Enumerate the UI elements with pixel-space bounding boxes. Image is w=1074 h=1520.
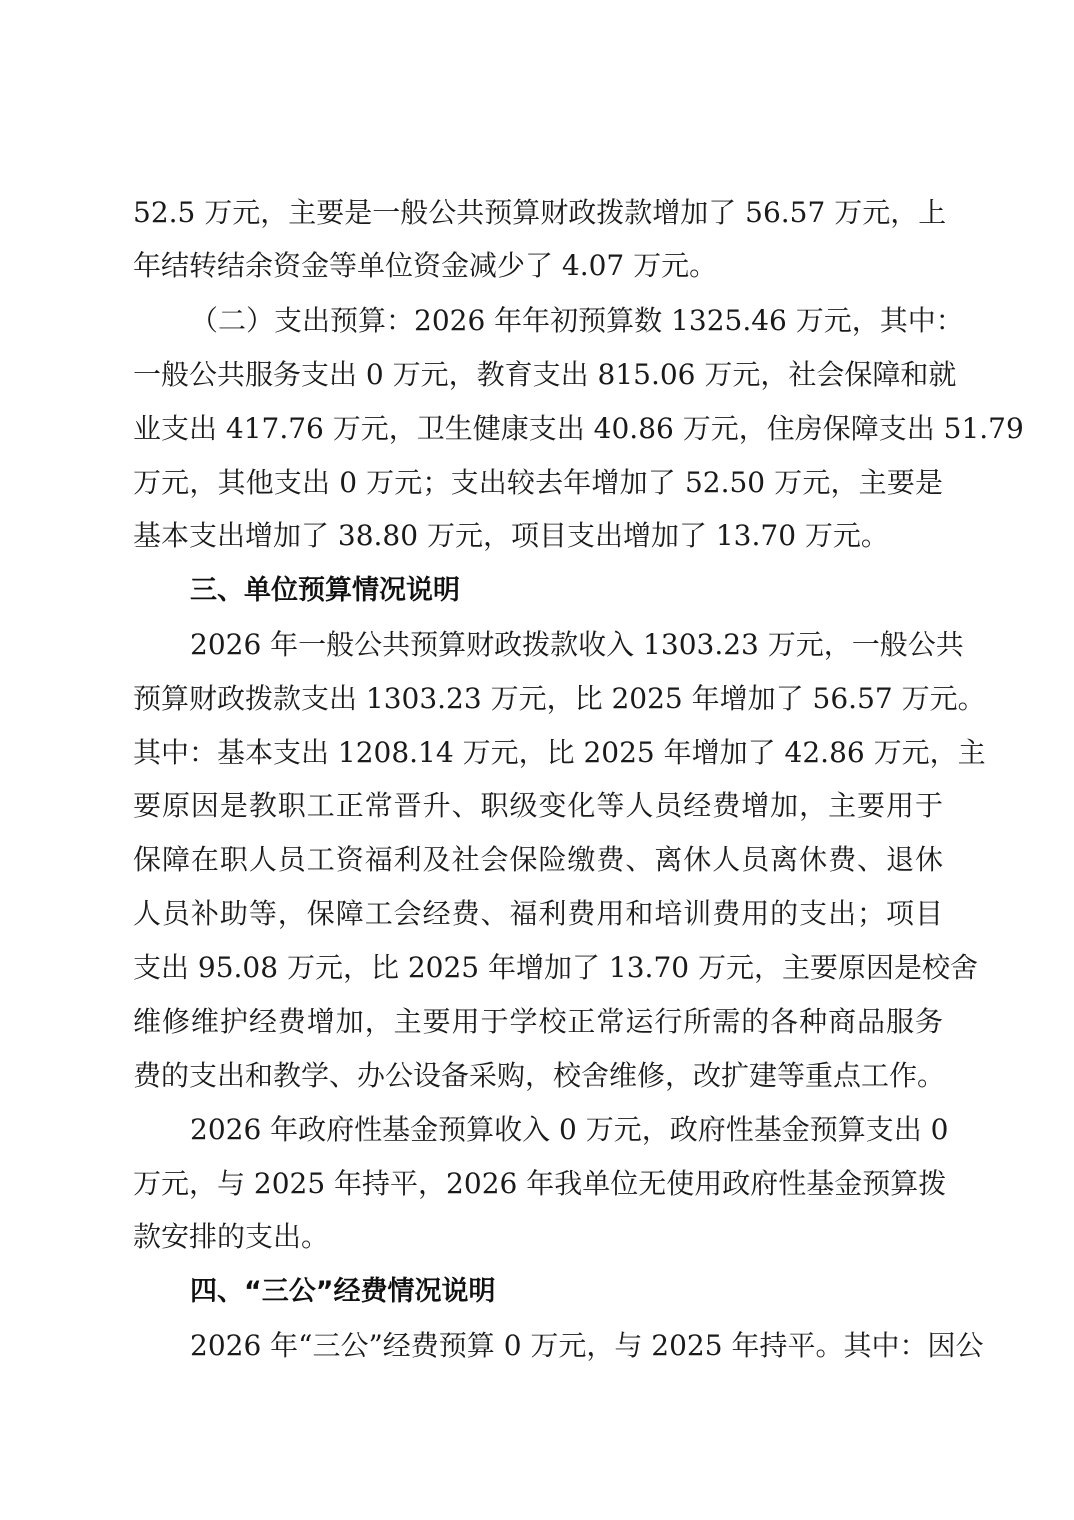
- paragraph-line: 业支出 417.76 万元，卫生健康支出 40.86 万元，住房保障支出 51.…: [133, 409, 943, 449]
- paragraph-line: 款安排的支出。: [133, 1217, 943, 1257]
- section-heading-three-public-expenses: 四、“三公”经费情况说明: [190, 1272, 496, 1312]
- document-page: 52.5 万元，主要是一般公共预算财政拨款增加了 56.57 万元，上 年结转结…: [0, 0, 1074, 1520]
- paragraph-line: 基本支出增加了 38.80 万元，项目支出增加了 13.70 万元。: [133, 516, 943, 556]
- section-heading-unit-budget: 三、单位预算情况说明: [190, 571, 460, 611]
- paragraph-line: 其中：基本支出 1208.14 万元，比 2025 年增加了 42.86 万元，…: [133, 733, 943, 773]
- paragraph-line: 52.5 万元，主要是一般公共预算财政拨款增加了 56.57 万元，上: [133, 193, 943, 233]
- paragraph-line: 一般公共服务支出 0 万元，教育支出 815.06 万元，社会保障和就: [133, 355, 943, 395]
- paragraph-line: 2026 年政府性基金预算收入 0 万元，政府性基金预算支出 0: [190, 1110, 943, 1150]
- paragraph-line: 保障在职人员工资福利及社会保险缴费、离休人员离休费、退休: [133, 840, 943, 880]
- paragraph-line: 万元，与 2025 年持平，2026 年我单位无使用政府性基金预算拨: [133, 1164, 943, 1204]
- paragraph-line: 万元，其他支出 0 万元；支出较去年增加了 52.50 万元，主要是: [133, 463, 943, 503]
- paragraph-line: 年结转结余资金等单位资金减少了 4.07 万元。: [133, 246, 943, 286]
- paragraph-line: 支出 95.08 万元，比 2025 年增加了 13.70 万元，主要原因是校舍: [133, 948, 943, 988]
- paragraph-line: 费的支出和教学、办公设备采购，校舍维修，改扩建等重点工作。: [133, 1056, 943, 1096]
- paragraph-line: 维修维护经费增加，主要用于学校正常运行所需的各种商品服务: [133, 1002, 943, 1042]
- paragraph-line: 预算财政拨款支出 1303.23 万元，比 2025 年增加了 56.57 万元…: [133, 679, 943, 719]
- paragraph-line: （二）支出预算：2026 年年初预算数 1325.46 万元，其中：: [190, 301, 943, 341]
- paragraph-line: 2026 年“三公”经费预算 0 万元，与 2025 年持平。其中：因公: [190, 1326, 943, 1366]
- paragraph-line: 要原因是教职工正常晋升、职级变化等人员经费增加，主要用于: [133, 786, 943, 826]
- paragraph-line: 2026 年一般公共预算财政拨款收入 1303.23 万元，一般公共: [190, 625, 943, 665]
- paragraph-line: 人员补助等，保障工会经费、福利费用和培训费用的支出；项目: [133, 894, 943, 934]
